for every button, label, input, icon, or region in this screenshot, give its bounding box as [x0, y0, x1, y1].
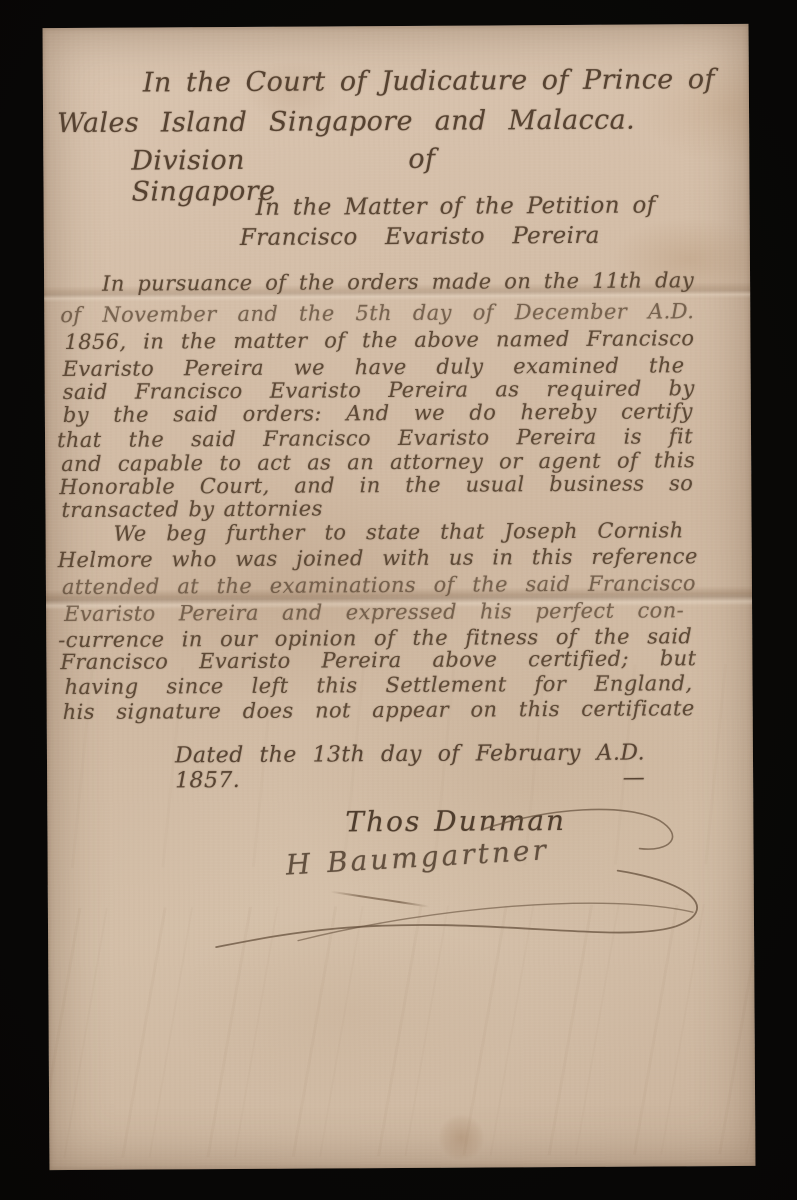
signature-name: H Baumgartner [285, 834, 550, 882]
body-line: 1856, in the matter of the above named F… [64, 326, 694, 354]
body-line: by the said orders: And we do hereby cer… [63, 399, 693, 427]
body-line: his signature does not appear on this ce… [63, 696, 695, 724]
body-line: Evaristo Pereira and expressed his perfe… [64, 598, 684, 626]
document-page: In the Court of Judicature of Prince of … [43, 24, 756, 1170]
body-line: Honorable Court, and in the usual busine… [59, 471, 693, 499]
body-line: We beg further to state that Joseph Corn… [114, 518, 684, 546]
ink-bleed-through-lower [48, 904, 756, 1158]
heading-line: In the Court of Judicature of Prince of [143, 64, 715, 99]
matter-line: In the Matter of the Petition of [256, 192, 656, 221]
body-line: having since left this Settlement for En… [64, 671, 692, 699]
body-line: In pursuance of the orders made on the 1… [102, 268, 694, 296]
dated-line: Dated the 13th day of February A.D. 1857… [175, 741, 645, 794]
matter-line: Francisco Evaristo Pereira [240, 223, 600, 252]
stray-pen-mark [330, 891, 429, 908]
body-line: transacted by attornies [61, 496, 322, 522]
body-line: of November and the 5th day of December … [60, 299, 694, 327]
body-line: Helmore who was joined with us in this r… [58, 544, 698, 572]
heading-line: Wales Island Singapore and Malacca. [57, 105, 635, 140]
body-line: attended at the examinations of the said… [62, 571, 696, 599]
body-line: Francisco Evaristo Pereira above certifi… [60, 646, 696, 674]
